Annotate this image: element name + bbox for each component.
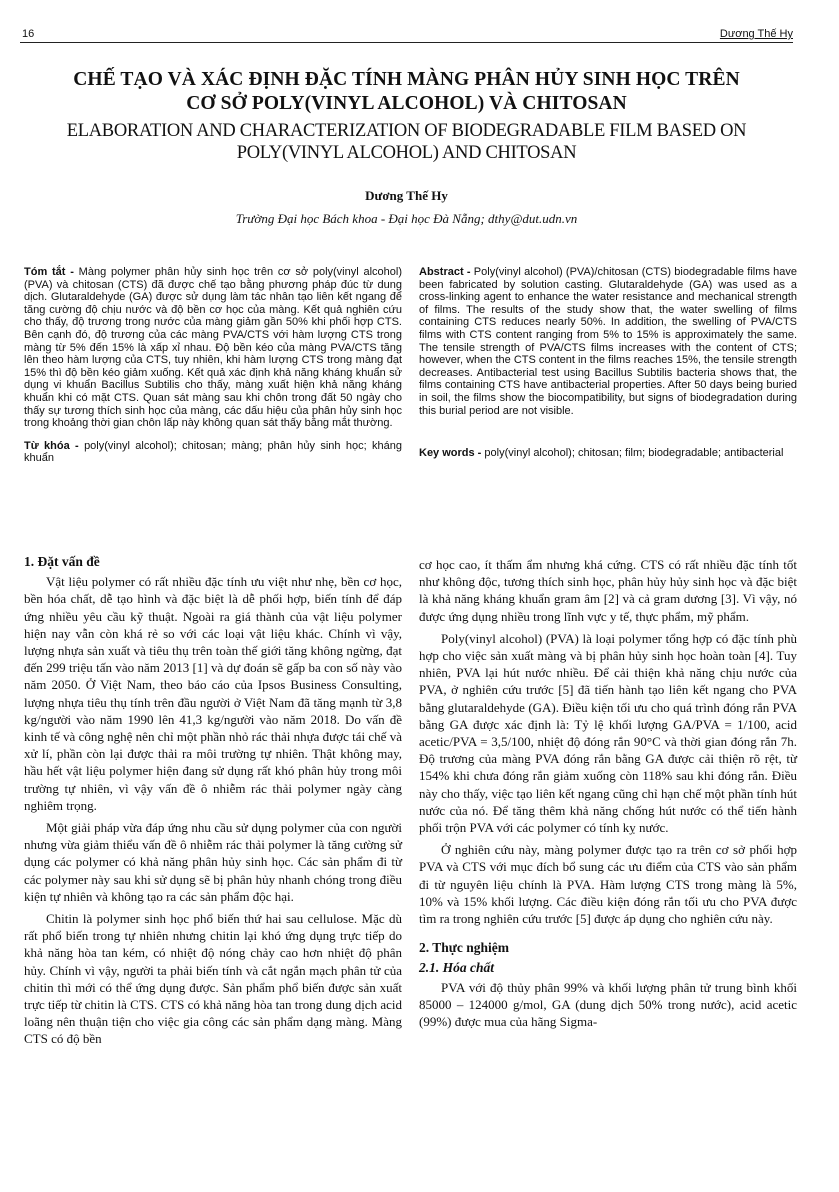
title-en-line-2: POLY(VINYL ALCOHOL) AND CHITOSAN (20, 142, 793, 164)
title-vi-line-2: CƠ SỞ POLY(VINYL ALCOHOL) VÀ CHITOSAN (20, 92, 793, 116)
keywords-vi: Từ khóa - poly(vinyl alcohol); chitosan;… (24, 440, 402, 465)
keywords-vi-label: Từ khóa - (24, 440, 79, 452)
abstract-en-label: Abstract - (419, 266, 471, 278)
body-right-column: cơ học cao, ít thấm ẩm nhưng khá cứng. C… (419, 556, 797, 1035)
abstract-vi-label: Tóm tắt - (24, 266, 74, 278)
title-vietnamese: CHẾ TẠO VÀ XÁC ĐỊNH ĐẶC TÍNH MÀNG PHÂN H… (20, 68, 793, 116)
section-2-heading: 2. Thực nghiệm (419, 939, 797, 956)
keywords-en: Key words - poly(vinyl alcohol); chitosa… (419, 447, 797, 460)
right-paragraph-2: Ở nghiên cứu này, màng polymer được tạo … (419, 841, 797, 927)
abstract-vi-body: Tóm tắt - Màng polymer phân hủy sinh học… (24, 266, 402, 430)
abstract-english: Abstract - Poly(vinyl alcohol) (PVA)/chi… (419, 266, 797, 460)
running-author: Dương Thế Hy (720, 28, 793, 40)
running-header: 16 Dương Thế Hy (20, 28, 793, 43)
abstract-vietnamese: Tóm tắt - Màng polymer phân hủy sinh học… (24, 266, 402, 465)
section-1-paragraph-3: Chitin là polymer sinh học phổ biến thứ … (24, 910, 402, 1048)
title-vi-line-1: CHẾ TẠO VÀ XÁC ĐỊNH ĐẶC TÍNH MÀNG PHÂN H… (20, 68, 793, 92)
author-name: Dương Thế Hy (20, 188, 793, 204)
abstract-vi-text: Màng polymer phân hủy sinh học trên cơ s… (24, 266, 402, 429)
title-en-line-1: ELABORATION AND CHARACTERIZATION OF BIOD… (20, 120, 793, 142)
continued-paragraph: cơ học cao, ít thấm ẩm nhưng khá cứng. C… (419, 556, 797, 625)
abstract-en-body: Abstract - Poly(vinyl alcohol) (PVA)/chi… (419, 266, 797, 417)
page-number: 16 (22, 28, 34, 40)
section-2-1-heading: 2.1. Hóa chất (419, 959, 797, 976)
title-english: ELABORATION AND CHARACTERIZATION OF BIOD… (20, 120, 793, 164)
paper-page: 16 Dương Thế Hy CHẾ TẠO VÀ XÁC ĐỊNH ĐẶC … (0, 0, 839, 1192)
keywords-en-text: poly(vinyl alcohol); chitosan; film; bio… (481, 447, 783, 459)
section-1-paragraph-1: Vật liệu polymer có rất nhiều đặc tính ư… (24, 573, 402, 814)
keywords-en-label: Key words - (419, 447, 481, 459)
author-affiliation: Trường Đại học Bách khoa - Đại học Đà Nẵ… (20, 211, 793, 227)
section-1-paragraph-2: Một giải pháp vừa đáp ứng nhu cầu sử dụn… (24, 819, 402, 905)
keywords-vi-text: poly(vinyl alcohol); chitosan; màng; phâ… (24, 440, 402, 465)
section-1-heading: 1. Đặt vấn đề (24, 553, 402, 570)
body-left-column: 1. Đặt vấn đề Vật liệu polymer có rất nh… (24, 553, 402, 1053)
right-paragraph-1: Poly(vinyl alcohol) (PVA) là loại polyme… (419, 630, 797, 836)
section-2-1-paragraph: PVA với độ thủy phân 99% và khối lượng p… (419, 979, 797, 1031)
abstract-en-text: Poly(vinyl alcohol) (PVA)/chitosan (CTS)… (419, 266, 797, 417)
